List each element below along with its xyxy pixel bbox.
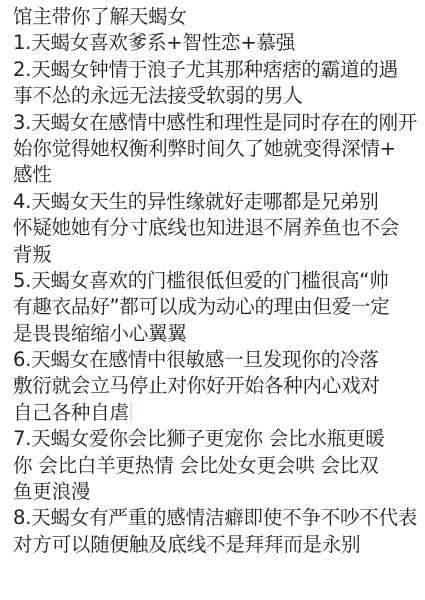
text-line: 5.天蝎女喜欢的门槛很低但爱的门槛很高“帅	[13, 268, 423, 294]
text-line: 鱼更浪漫	[13, 479, 423, 505]
text-line: 感性	[13, 162, 423, 188]
text-line: 是畏畏缩缩小心翼翼	[13, 321, 423, 347]
text-line: 2.天蝎女钟情于浪子尤其那种痞痞的霸道的遇	[13, 57, 423, 83]
text-line: 敷衍就会立马停止对你好开始各种内心戏对	[13, 373, 423, 399]
text-line: 7.天蝎女爱你会比狮子更宠你 会比水瓶更暖	[13, 426, 423, 452]
text-cursor	[130, 402, 132, 422]
text-line: 怀疑她她有分寸底线也知进退不屑养鱼也不会	[13, 215, 423, 241]
document-title: 馆主带你了解天蝎女	[13, 4, 423, 30]
text-line-with-caret: 自己各种自虐	[13, 400, 423, 426]
text-line: 3.天蝎女在感情中感性和理性是同时存在的刚开	[13, 110, 423, 136]
text-line: 有趣衣品好”都可以成为动心的理由但爱一定	[13, 294, 423, 320]
text-line: 自己各种自虐	[13, 401, 129, 424]
text-line: 8.天蝎女有严重的感情洁癖即使不争不吵不代表	[13, 505, 423, 531]
text-line: 你 会比白羊更热情 会比处女更会哄 会比双	[13, 453, 423, 479]
text-line: 背叛	[13, 242, 423, 268]
text-line: 对方可以随便触及底线不是拜拜而是永别	[13, 532, 423, 558]
text-line: 始你觉得她权衡利弊时间久了她就变得深情+	[13, 136, 423, 162]
text-line: 事不怂的永远无法接受软弱的男人	[13, 83, 423, 109]
text-line: 1.天蝎女喜欢爹系+智性恋+慕强	[13, 30, 423, 56]
text-document[interactable]: 馆主带你了解天蝎女 1.天蝎女喜欢爹系+智性恋+慕强 2.天蝎女钟情于浪子尤其那…	[13, 4, 423, 558]
text-line: 4.天蝎女天生的异性缘就好走哪都是兄弟别	[13, 189, 423, 215]
text-line: 6.天蝎女在感情中很敏感一旦发现你的冷落	[13, 347, 423, 373]
